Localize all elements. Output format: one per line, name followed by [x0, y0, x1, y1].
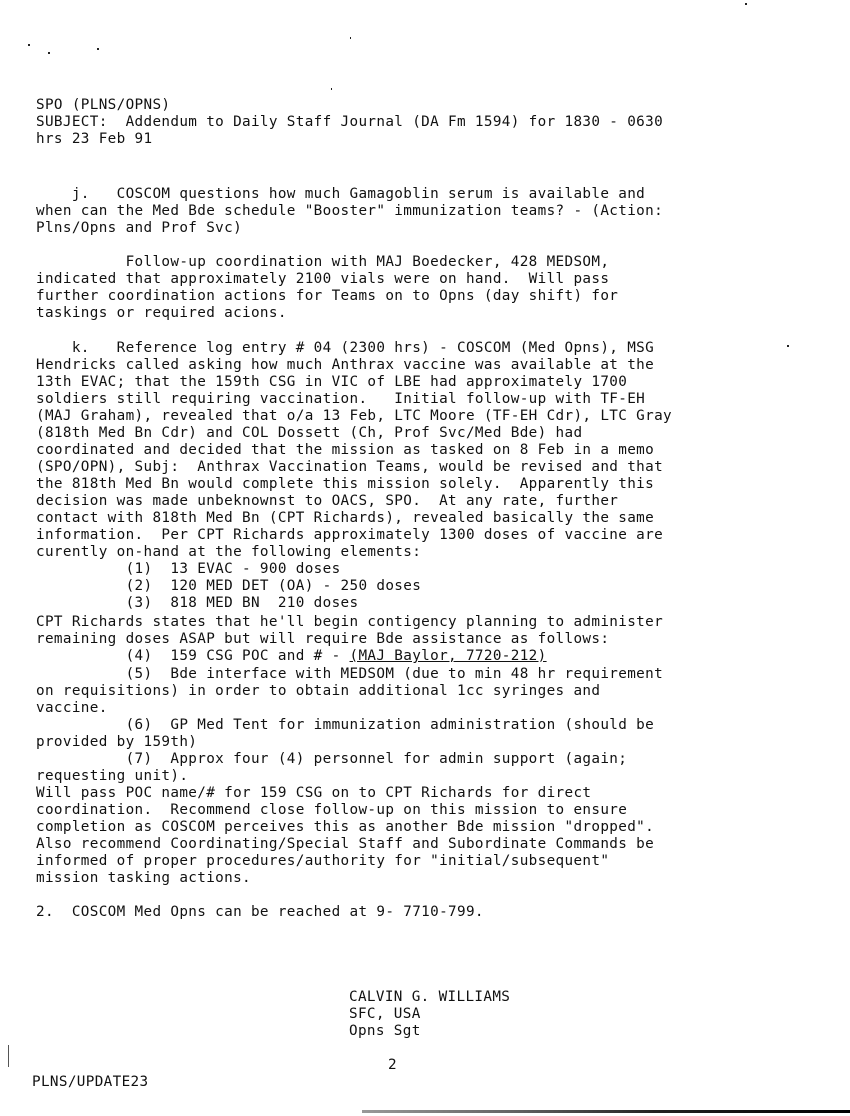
scan-speck	[745, 3, 747, 5]
paragraph-line: informed of proper procedures/authority …	[36, 853, 609, 870]
paragraph-line: taskings or required acions.	[36, 305, 287, 322]
scan-speck	[48, 52, 50, 54]
scan-speck	[97, 48, 99, 50]
paragraph-line: coordination. Recommend close follow-up …	[36, 802, 627, 819]
paragraph-line: curently on-hand at the following elemen…	[36, 544, 421, 561]
paragraph-line: indicated that approximately 2100 vials …	[36, 271, 609, 288]
signer-name: CALVIN G. WILLIAMS	[349, 989, 510, 1006]
paragraph-line: j. COSCOM questions how much Gamagoblin …	[36, 186, 645, 203]
assist-item-4-label: (4) 159 CSG POC and # -	[36, 648, 350, 664]
paragraph-2: 2. COSCOM Med Opns can be reached at 9- …	[36, 904, 484, 921]
scan-speck	[331, 88, 332, 90]
office-symbol: SPO (PLNS/OPNS)	[36, 97, 170, 114]
subject-line-cont: hrs 23 Feb 91	[36, 131, 152, 148]
assist-item: requesting unit).	[36, 768, 188, 785]
signer-rank: SFC, USA	[349, 1006, 421, 1023]
assist-item-4: (4) 159 CSG POC and # - (MAJ Baylor, 772…	[36, 648, 547, 665]
paragraph-line: further coordination actions for Teams o…	[36, 288, 618, 305]
paragraph-line: k. Reference log entry # 04 (2300 hrs) -…	[36, 340, 654, 357]
paragraph-line: remaining doses ASAP but will require Bd…	[36, 631, 609, 648]
signer-title: Opns Sgt	[349, 1023, 421, 1040]
scan-speck	[350, 37, 351, 39]
paragraph-line: Also recommend Coordinating/Special Staf…	[36, 836, 654, 853]
paragraph-line: (MAJ Graham), revealed that o/a 13 Feb, …	[36, 408, 672, 425]
paragraph-line: (818th Med Bn Cdr) and COL Dossett (Ch, …	[36, 425, 582, 442]
footer-reference: PLNS/UPDATE23	[32, 1074, 148, 1091]
assist-item: vaccine.	[36, 700, 108, 717]
assist-item: on requisitions) in order to obtain addi…	[36, 683, 600, 700]
assist-item: (6) GP Med Tent for immunization adminis…	[36, 717, 654, 734]
paragraph-line: (SPO/OPN), Subj: Anthrax Vaccination Tea…	[36, 459, 663, 476]
paragraph-line: 13th EVAC; that the 159th CSG in VIC of …	[36, 374, 627, 391]
assist-item: (5) Bde interface with MEDSOM (due to mi…	[36, 666, 663, 683]
paragraph-line: completion as COSCOM perceives this as a…	[36, 819, 654, 836]
dose-item: (1) 13 EVAC - 900 doses	[36, 561, 341, 578]
scan-speck	[787, 345, 789, 347]
bottom-rule	[362, 1110, 850, 1113]
paragraph-line: decision was made unbeknownst to OACS, S…	[36, 493, 618, 510]
paragraph-line: information. Per CPT Richards approximat…	[36, 527, 663, 544]
dose-item: (3) 818 MED BN 210 doses	[36, 595, 358, 612]
paragraph-line: Follow-up coordination with MAJ Boedecke…	[36, 254, 609, 271]
paragraph-line: the 818th Med Bn would complete this mis…	[36, 476, 654, 493]
paragraph-line: Will pass POC name/# for 159 CSG on to C…	[36, 785, 591, 802]
paragraph-line: Plns/Opns and Prof Svc)	[36, 220, 242, 237]
document-page: SPO (PLNS/OPNS) SUBJECT: Addendum to Dai…	[0, 0, 850, 1116]
paragraph-line: soldiers still requiring vaccination. In…	[36, 391, 645, 408]
poc-contact: (MAJ Baylor, 7720-212)	[350, 648, 547, 664]
margin-mark	[8, 1045, 9, 1067]
assist-item: provided by 159th)	[36, 734, 197, 751]
paragraph-line: contact with 818th Med Bn (CPT Richards)…	[36, 510, 654, 527]
paragraph-line: Hendricks called asking how much Anthrax…	[36, 357, 654, 374]
scan-speck	[28, 44, 30, 46]
paragraph-line: coordinated and decided that the mission…	[36, 442, 654, 459]
paragraph-line: mission tasking actions.	[36, 870, 251, 887]
dose-item: (2) 120 MED DET (OA) - 250 doses	[36, 578, 421, 595]
subject-line: SUBJECT: Addendum to Daily Staff Journal…	[36, 114, 663, 131]
page-number: 2	[388, 1057, 397, 1074]
paragraph-line: when can the Med Bde schedule "Booster" …	[36, 203, 663, 220]
assist-item: (7) Approx four (4) personnel for admin …	[36, 751, 627, 768]
paragraph-line: CPT Richards states that he'll begin con…	[36, 614, 663, 631]
